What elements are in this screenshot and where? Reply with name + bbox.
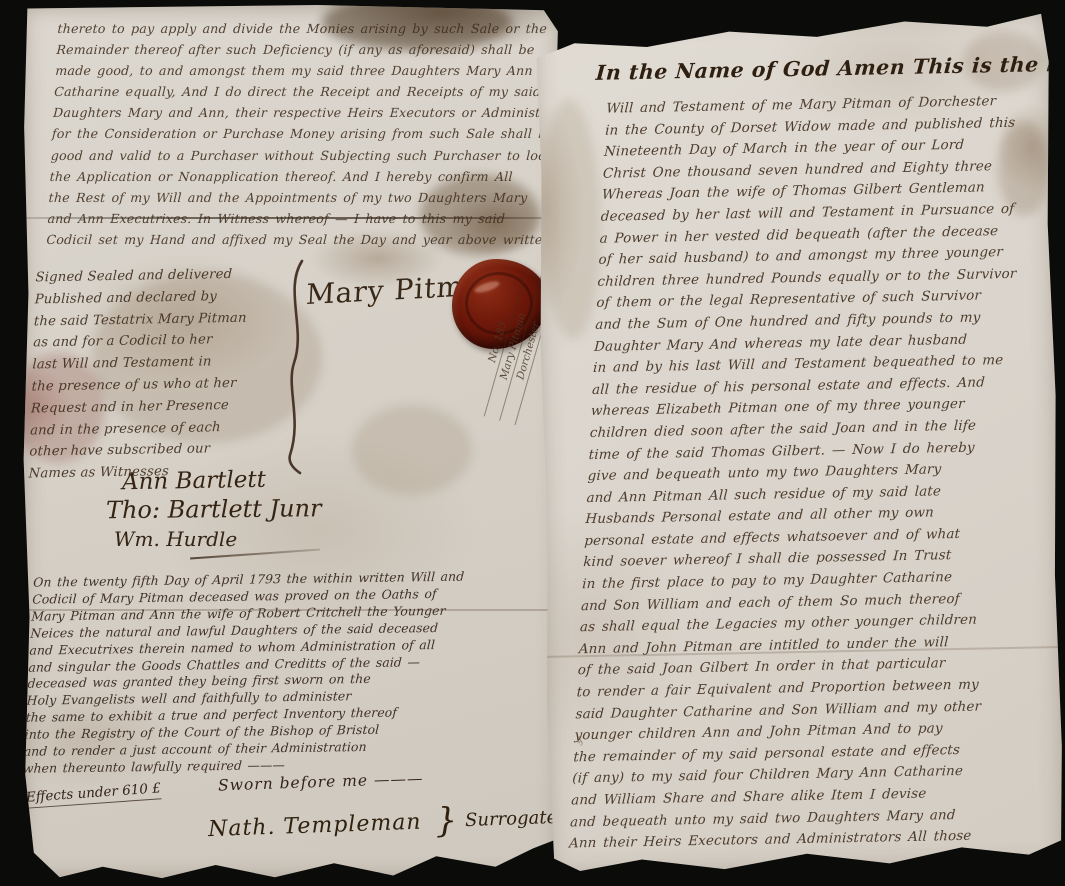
- effects-valuation-note: Effects under 610 £: [26, 780, 162, 808]
- surrogate-signature: Nath. Templeman: [208, 809, 422, 841]
- will-text-block: Will and Testament of me Mary Pitman of …: [568, 90, 1065, 856]
- text-line: Codicil set my Hand and affixed my Seal …: [46, 229, 551, 250]
- ink-stain: [538, 99, 603, 340]
- text-line: for the Consideration or Purchase Money …: [51, 123, 556, 144]
- text-line: good and valid to a Purchaser without Su…: [50, 145, 555, 166]
- left-page-manuscript: thereto to pay apply and divide the Moni…: [22, 5, 560, 879]
- attestation-clause: Signed Sealed and deliveredPublished and…: [28, 262, 316, 485]
- text-line: Ann Bartlett: [122, 465, 380, 495]
- text-line: and Ann Executrixes. In Witness whereof …: [47, 208, 552, 229]
- text-line: Daughters Mary and Ann, their respective…: [53, 102, 558, 123]
- text-line: made good, to and amongst them my said t…: [55, 60, 560, 81]
- will-opening-line: In the Name of God Amen This is the last: [595, 51, 1065, 85]
- witness-signatures: Ann BartlettTho: Bartlett JunrWm. Hurdle: [80, 467, 380, 551]
- text-line: thereto to pay apply and divide the Moni…: [57, 18, 562, 39]
- text-line: the Application or Nonapplication thereo…: [49, 166, 554, 187]
- surrogate-title: Surrogate: [465, 806, 558, 830]
- document-scan: thereto to pay apply and divide the Moni…: [0, 0, 1065, 886]
- surrogate-signature-row: Nath. Templeman } Surrogate: [207, 797, 557, 849]
- text-line: Catharine equally, And I do direct the R…: [54, 81, 559, 102]
- text-line: the Rest of my Will and the Appointments…: [48, 187, 553, 208]
- text-line: Remainder thereof after such Deficiency …: [56, 39, 561, 60]
- brace-mark: }: [435, 800, 458, 841]
- probate-clause: On the twenty fifth Day of April 1793 th…: [22, 567, 563, 777]
- codicil-text-block: thereto to pay apply and divide the Moni…: [46, 18, 562, 250]
- text-line: Tho: Bartlett Junr: [106, 494, 380, 524]
- right-page-manuscript: In the Name of God Amen This is the last…: [533, 10, 1065, 876]
- text-line: Wm. Hurdle: [114, 527, 380, 551]
